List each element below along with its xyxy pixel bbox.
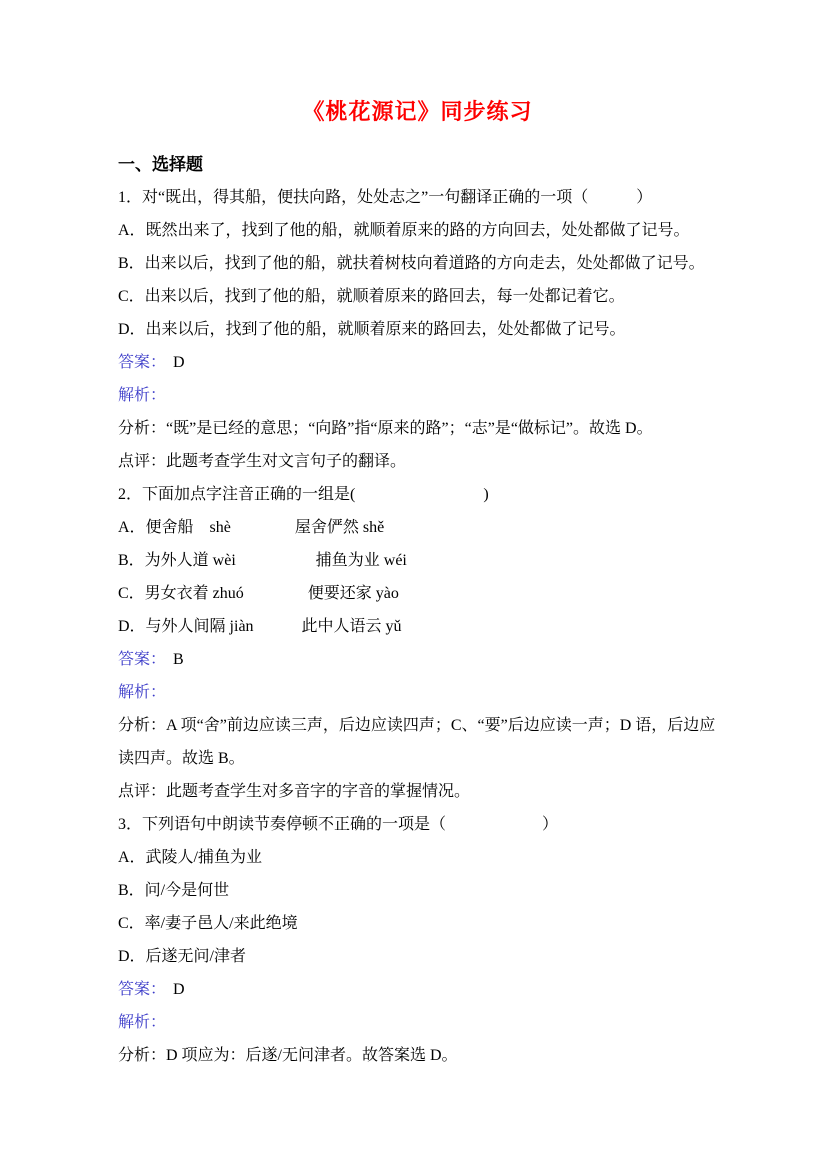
answer-line: 答案：B	[118, 643, 717, 676]
answer-label: 答案：	[118, 981, 166, 998]
option-line: C．男女衣着 zhuó 便要还家 yào	[118, 577, 717, 610]
answer-label: 答案：	[118, 651, 166, 668]
question-block: 2．下面加点字注音正确的一组是( ) A．便舍船 shè 屋舍俨然 shě B．…	[118, 478, 717, 808]
option-line: B．问/今是何世	[118, 874, 717, 907]
option-line: D．出来以后，找到了他的船，就顺着原来的路回去，处处都做了记号。	[118, 313, 717, 346]
answer-line: 答案：D	[118, 973, 717, 1006]
option-line: C．出来以后，找到了他的船，就顺着原来的路回去，每一处都记着它。	[118, 280, 717, 313]
option-line: C．率/妻子邑人/来此绝境	[118, 907, 717, 940]
analysis-text: 分析：A 项“舍”前边应读三声，后边应读四声；C、“要”后边应读一声；D 语，后…	[118, 709, 717, 775]
analysis-text: 分析：“既”是已经的意思；“向路”指“原来的路”；“志”是“做标记”。故选 D。	[118, 412, 717, 445]
analysis-label: 解析：	[118, 684, 166, 701]
section-heading: 一、选择题	[118, 148, 717, 181]
analysis-heading: 解析：	[118, 379, 717, 412]
option-line: A．既然出来了，找到了他的船，就顺着原来的路的方向回去，处处都做了记号。	[118, 214, 717, 247]
option-line: B．出来以后，找到了他的船，就扶着树枝向着道路的方向走去，处处都做了记号。	[118, 247, 717, 280]
comment-text: 点评：此题考查学生对多音字的字音的掌握情况。	[118, 775, 717, 808]
document-page: 《桃花源记》同步练习 一、选择题 1．对“既出，得其船，便扶向路，处处志之”一句…	[0, 0, 827, 1072]
option-line: B．为外人道 wèi 捕鱼为业 wéi	[118, 544, 717, 577]
option-line: D．后遂无问/津者	[118, 940, 717, 973]
answer-label: 答案：	[118, 354, 166, 371]
option-line: A．便舍船 shè 屋舍俨然 shě	[118, 511, 717, 544]
question-stem: 3．下列语句中朗读节奏停顿不正确的一项是（ ）	[118, 808, 717, 841]
analysis-heading: 解析：	[118, 1006, 717, 1039]
question-block: 1．对“既出，得其船，便扶向路，处处志之”一句翻译正确的一项（ ） A．既然出来…	[118, 181, 717, 478]
comment-text: 点评：此题考查学生对文言句子的翻译。	[118, 445, 717, 478]
answer-line: 答案：D	[118, 346, 717, 379]
option-line: A．武陵人/捕鱼为业	[118, 841, 717, 874]
answer-value: B	[173, 651, 184, 668]
analysis-text: 分析：D 项应为：后遂/无问津者。故答案选 D。	[118, 1039, 717, 1072]
option-line: D．与外人间隔 jiàn 此中人语云 yǔ	[118, 610, 717, 643]
question-block: 3．下列语句中朗读节奏停顿不正确的一项是（ ） A．武陵人/捕鱼为业 B．问/今…	[118, 808, 717, 1072]
answer-value: D	[173, 354, 185, 371]
answer-value: D	[173, 981, 185, 998]
analysis-label: 解析：	[118, 387, 166, 404]
question-stem: 2．下面加点字注音正确的一组是( )	[118, 478, 717, 511]
analysis-heading: 解析：	[118, 676, 717, 709]
analysis-label: 解析：	[118, 1014, 166, 1031]
question-stem: 1．对“既出，得其船，便扶向路，处处志之”一句翻译正确的一项（ ）	[118, 181, 717, 214]
doc-title: 《桃花源记》同步练习	[118, 96, 717, 128]
